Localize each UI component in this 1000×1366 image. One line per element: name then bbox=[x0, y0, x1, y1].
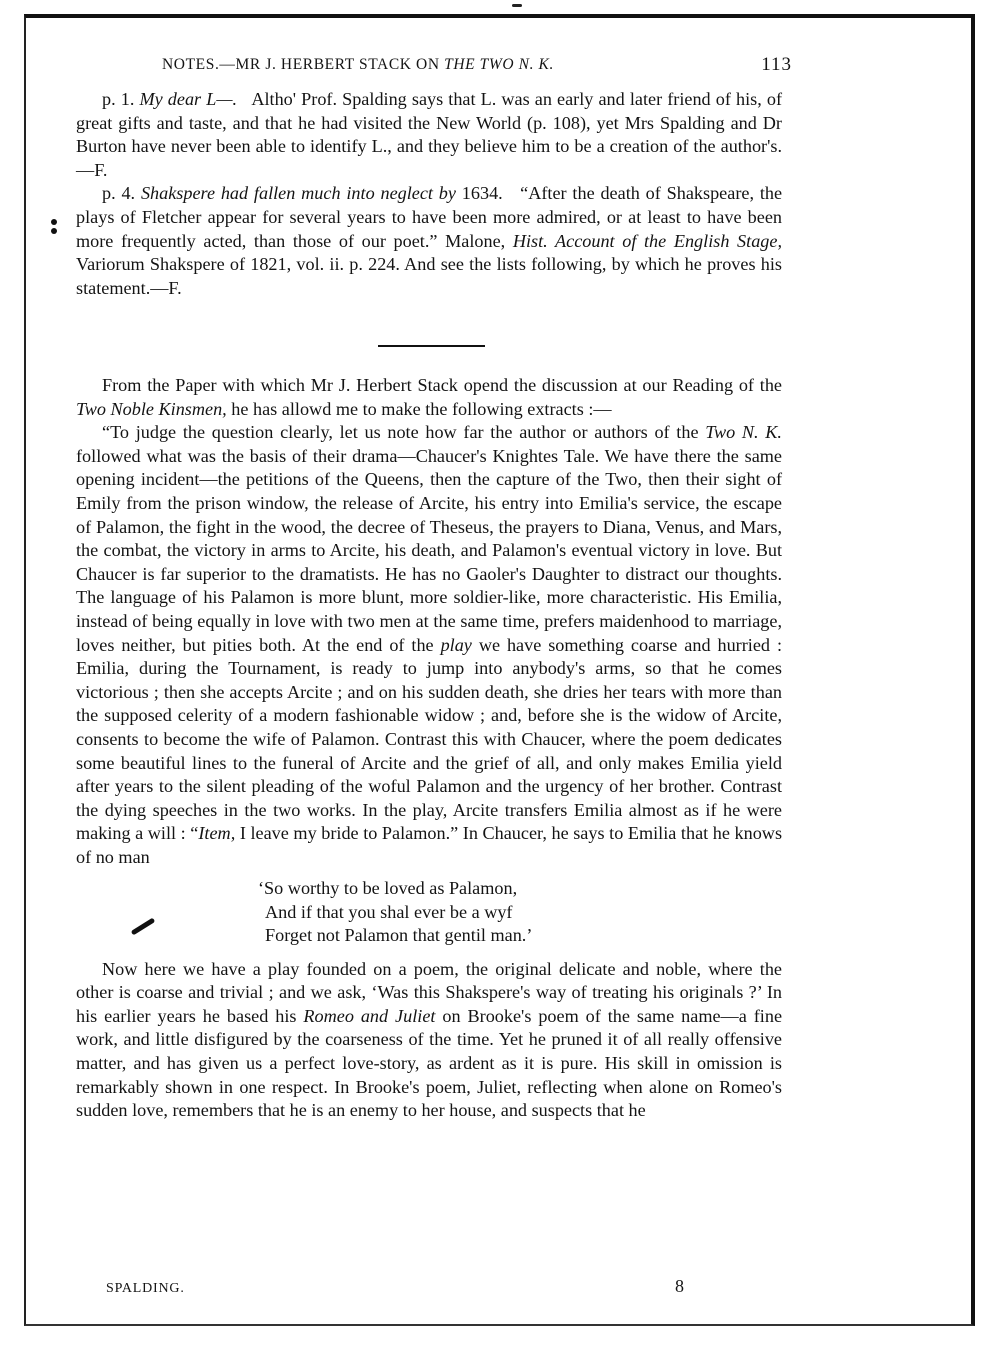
note-ref: p. 4. bbox=[102, 183, 135, 203]
body-text: he has allowd me to make the following e… bbox=[231, 399, 611, 419]
note-text: Variorum Shakspere of 1821, vol. ii. p. … bbox=[76, 254, 782, 298]
page-number: 113 bbox=[761, 54, 792, 76]
notes-section: p. 1. My dear L—. Altho' Prof. Spalding … bbox=[76, 88, 782, 300]
note-ref: p. 1. bbox=[102, 89, 134, 109]
body-text-italic: Romeo and Juliet bbox=[303, 1006, 435, 1026]
signature-number: 8 bbox=[675, 1276, 684, 1297]
note-text-italic: Hist. Account of the English Stage, bbox=[513, 231, 782, 251]
romeo-paragraph: Now here we have a play founded on a poe… bbox=[76, 958, 782, 1123]
verse-line: And if that you shal ever be a wyf bbox=[258, 901, 782, 924]
body-text-italic: play bbox=[441, 635, 472, 655]
body-text: we have something coarse and hurried : E… bbox=[76, 635, 782, 844]
running-head-title: NOTES.—MR J. HERBERT STACK ON THE TWO N.… bbox=[162, 56, 554, 74]
body-text: From the Paper with which Mr J. Herbert … bbox=[102, 375, 782, 395]
running-head-title-italic: THE TWO N. K. bbox=[444, 56, 554, 73]
quote-paragraph: “To judge the question clearly, let us n… bbox=[76, 421, 782, 869]
main-text: From the Paper with which Mr J. Herbert … bbox=[76, 374, 782, 1123]
running-head-title-plain: NOTES.—MR J. HERBERT STACK ON bbox=[162, 56, 444, 73]
scan-speck-mark bbox=[512, 4, 522, 7]
note-ref-italic: My dear L—. bbox=[139, 89, 237, 109]
body-text-italic: Item, bbox=[198, 823, 235, 843]
note-p4: p. 4. Shakspere had fallen much into neg… bbox=[76, 182, 782, 300]
section-divider bbox=[378, 345, 485, 347]
signature-mark: SPALDING. bbox=[106, 1281, 185, 1297]
body-text: followed what was the basis of their dra… bbox=[76, 446, 782, 655]
verse-line: Forget not Palamon that gentil man.’ bbox=[258, 924, 782, 947]
body-text-italic: Two N. K. bbox=[705, 422, 782, 442]
body-text: “To judge the question clearly, let us n… bbox=[102, 422, 699, 442]
running-head: NOTES.—MR J. HERBERT STACK ON THE TWO N.… bbox=[162, 56, 792, 74]
note-ref-italic: Shakspere had fallen much into neglect b… bbox=[141, 183, 456, 203]
margin-marker-icon bbox=[50, 218, 58, 238]
note-ref-year: 1634. bbox=[462, 183, 503, 203]
verse-quotation: ‘So worthy to be loved as Palamon, And i… bbox=[258, 877, 782, 947]
verse-line: ‘So worthy to be loved as Palamon, bbox=[258, 877, 782, 900]
intro-paragraph: From the Paper with which Mr J. Herbert … bbox=[76, 374, 782, 421]
body-text-italic: Two Noble Kinsmen, bbox=[76, 399, 227, 419]
note-p1: p. 1. My dear L—. Altho' Prof. Spalding … bbox=[76, 88, 782, 182]
